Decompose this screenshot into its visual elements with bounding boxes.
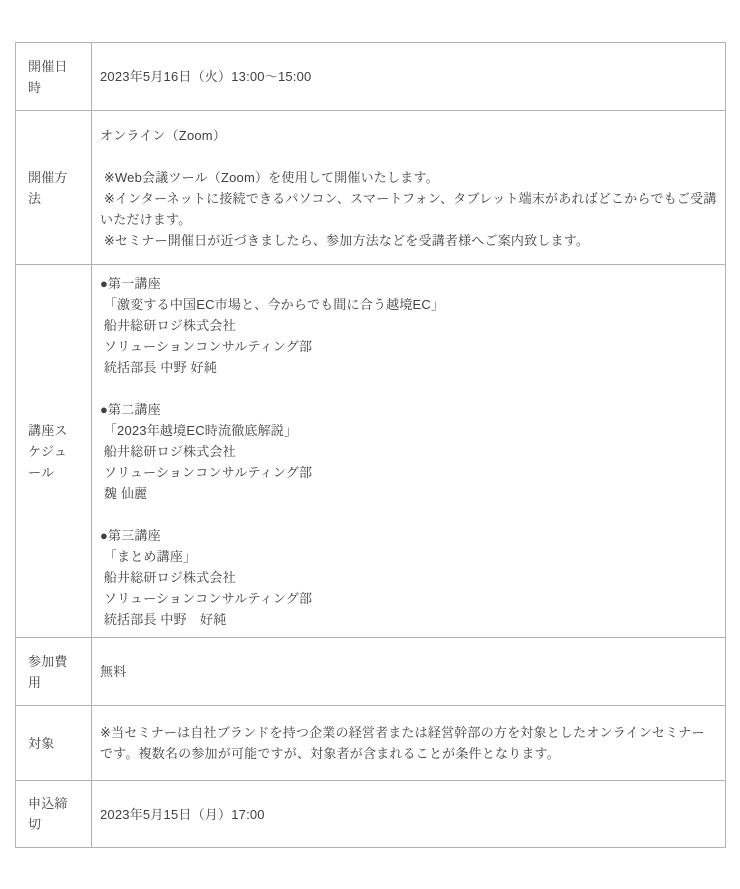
table-row-fee: 参加費用 無料 bbox=[16, 638, 726, 706]
row-label-deadline: 申込締切 bbox=[16, 781, 92, 848]
page-wrap: 開催日時 2023年5月16日（火）13:00～15:00 開催方法 オンライン… bbox=[0, 0, 740, 848]
row-value-deadline: 2023年5月15日（月）17:00 bbox=[92, 781, 726, 848]
row-value-target: ※当セミナーは自社ブランドを持つ企業の経営者または経営幹部の方を対象としたオンラ… bbox=[92, 706, 726, 781]
row-label-target: 対象 bbox=[16, 706, 92, 781]
row-label-method: 開催方法 bbox=[16, 111, 92, 265]
seminar-details-table: 開催日時 2023年5月16日（火）13:00～15:00 開催方法 オンライン… bbox=[15, 42, 726, 848]
row-label-schedule: 講座スケジュール bbox=[16, 265, 92, 638]
row-value-datetime: 2023年5月16日（火）13:00～15:00 bbox=[92, 43, 726, 111]
table-row-deadline: 申込締切 2023年5月15日（月）17:00 bbox=[16, 781, 726, 848]
row-label-datetime: 開催日時 bbox=[16, 43, 92, 111]
table-row-datetime: 開催日時 2023年5月16日（火）13:00～15:00 bbox=[16, 43, 726, 111]
table-row-method: 開催方法 オンライン（Zoom） ※Web会議ツール（Zoom）を使用して開催い… bbox=[16, 111, 726, 265]
row-label-fee: 参加費用 bbox=[16, 638, 92, 706]
table-row-schedule: 講座スケジュール ●第一講座 「激変する中国EC市場と、今からでも間に合う越境E… bbox=[16, 265, 726, 638]
row-value-schedule: ●第一講座 「激変する中国EC市場と、今からでも間に合う越境EC」 船井総研ロジ… bbox=[92, 265, 726, 638]
row-value-fee: 無料 bbox=[92, 638, 726, 706]
row-value-method: オンライン（Zoom） ※Web会議ツール（Zoom）を使用して開催いたします。… bbox=[92, 111, 726, 265]
table-row-target: 対象 ※当セミナーは自社ブランドを持つ企業の経営者または経営幹部の方を対象とした… bbox=[16, 706, 726, 781]
